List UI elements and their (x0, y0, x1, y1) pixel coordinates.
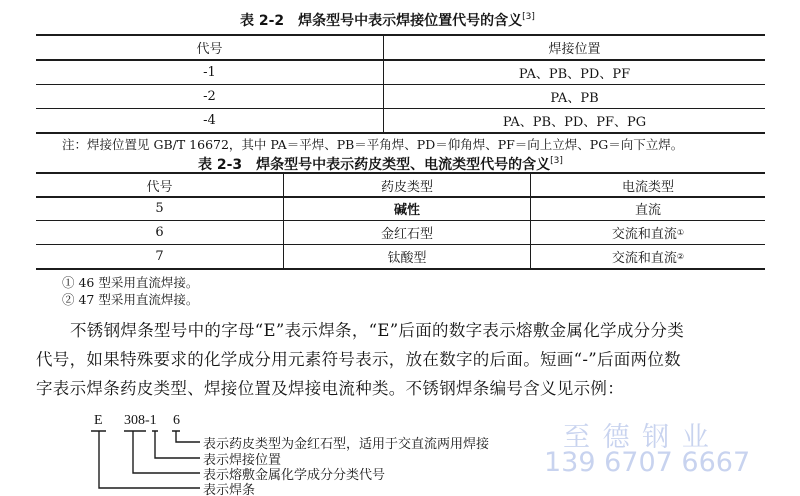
watermark-phone: 139 6707 6667 (544, 447, 750, 478)
diagram-label: 表示焊条 (203, 479, 255, 496)
